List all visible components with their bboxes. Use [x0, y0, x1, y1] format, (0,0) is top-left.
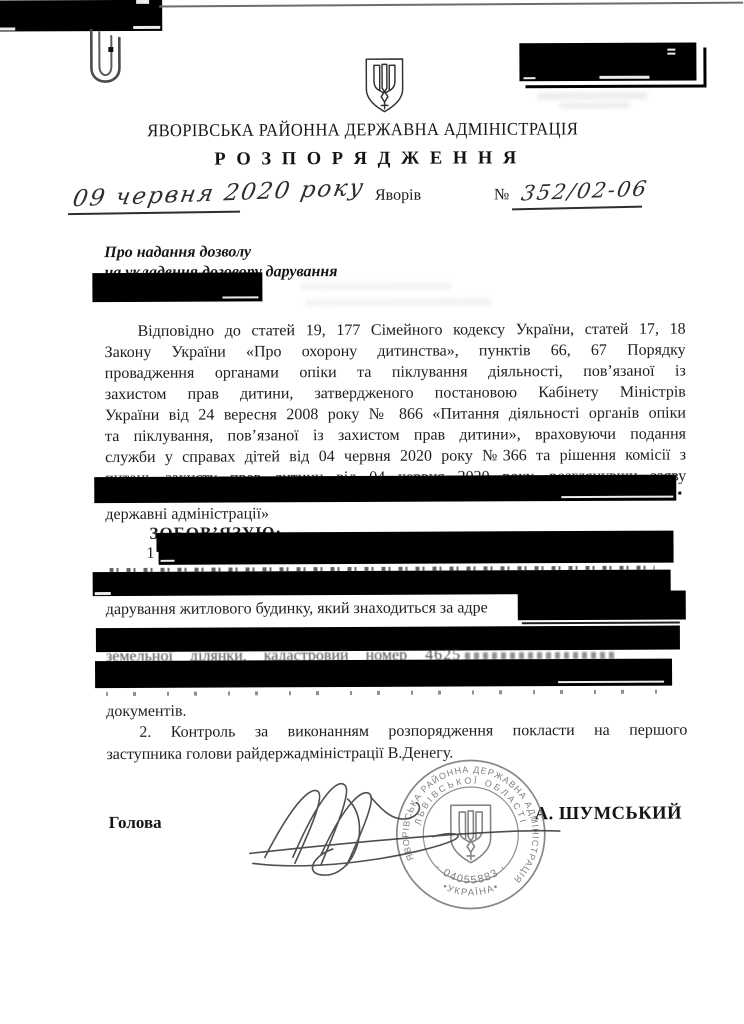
- scan-artifact: [161, 560, 175, 562]
- item-1-number: 1: [147, 545, 155, 563]
- signature-scribble: [243, 773, 643, 890]
- number-underline: [512, 206, 642, 210]
- ghost-text-smudge: [300, 283, 450, 291]
- scan-artifact: [136, 0, 149, 4]
- scan-line: [159, 2, 743, 8]
- scanned-document-page: ЯВОРІВСЬКА РАЙОННА ДЕРЖАВНА АДМІНІСТРАЦІ…: [0, 0, 744, 1024]
- paragraph-line: провадження органами опіки та піклування…: [105, 361, 686, 385]
- scan-artifact: [599, 76, 649, 79]
- redaction-bar: [159, 545, 674, 565]
- handwritten-number: 352/02-06: [519, 177, 650, 206]
- handwritten-date: 09 червня 2020 року: [71, 175, 367, 212]
- after-redaction-line: державні адміністрації»: [105, 505, 269, 524]
- paragraph-line: України від 24 вересня 2008 року № 866 «…: [105, 403, 686, 427]
- org-name: ЯВОРІВСЬКА РАЙОННА ДЕРЖАВНА АДМІНІСТРАЦІ…: [0, 118, 726, 143]
- ghost-text-smudge: [560, 103, 630, 108]
- paragraph-line: 2. Контроль за виконанням розпорядження …: [106, 720, 687, 744]
- position-title: Голова: [109, 813, 162, 833]
- scan-artifact: [522, 622, 680, 625]
- body-paragraph-1: Відповідно до статей 19, 177 Сімейного к…: [105, 319, 687, 490]
- document-sheet: ЯВОРІВСЬКА РАЙОННА ДЕРЖАВНА АДМІНІСТРАЦІ…: [0, 0, 744, 1024]
- scan-artifact: [133, 26, 160, 29]
- redaction-bar: [95, 659, 672, 689]
- cut-text-fragments: [106, 690, 666, 696]
- documents-line: документів.: [106, 703, 186, 721]
- subject-line-1: Про надання дозволу: [104, 241, 464, 262]
- scan-artifact: [523, 77, 535, 79]
- number-sign: №: [494, 186, 509, 204]
- scan-artifact: [95, 592, 111, 595]
- document-type-title: Р О З П О Р Я Д Ж Е Н Н Я: [0, 147, 734, 171]
- scan-artifact: [0, 27, 15, 30]
- trident-emblem-icon: [363, 56, 405, 115]
- scan-artifact: [667, 49, 675, 51]
- place-name: Яворів: [375, 187, 421, 205]
- ghost-text-smudge: [305, 298, 490, 306]
- scan-artifact: [678, 492, 681, 495]
- paragraph-line: та піклування, пов’язаної із захистом пр…: [105, 424, 686, 448]
- ghost-text-smudge: [538, 93, 648, 99]
- scan-artifact: [667, 53, 675, 55]
- paragraph-line: Закону України «Про охорону дитинства», …: [105, 340, 686, 364]
- scan-artifact: [222, 296, 258, 298]
- paragraph-line: служби у справах дітей від 04 червня 202…: [105, 445, 686, 469]
- paragraph-line: Відповідно до статей 19, 177 Сімейного к…: [105, 319, 686, 343]
- gift-line-cut: дарування житлового будинку, який знаход…: [106, 599, 488, 619]
- paragraph-line: захистом прав дитини, затвердженого пост…: [105, 382, 686, 406]
- paperclip-icon: [83, 26, 127, 96]
- redaction-bar: [94, 475, 676, 504]
- redaction-bar: [518, 591, 686, 621]
